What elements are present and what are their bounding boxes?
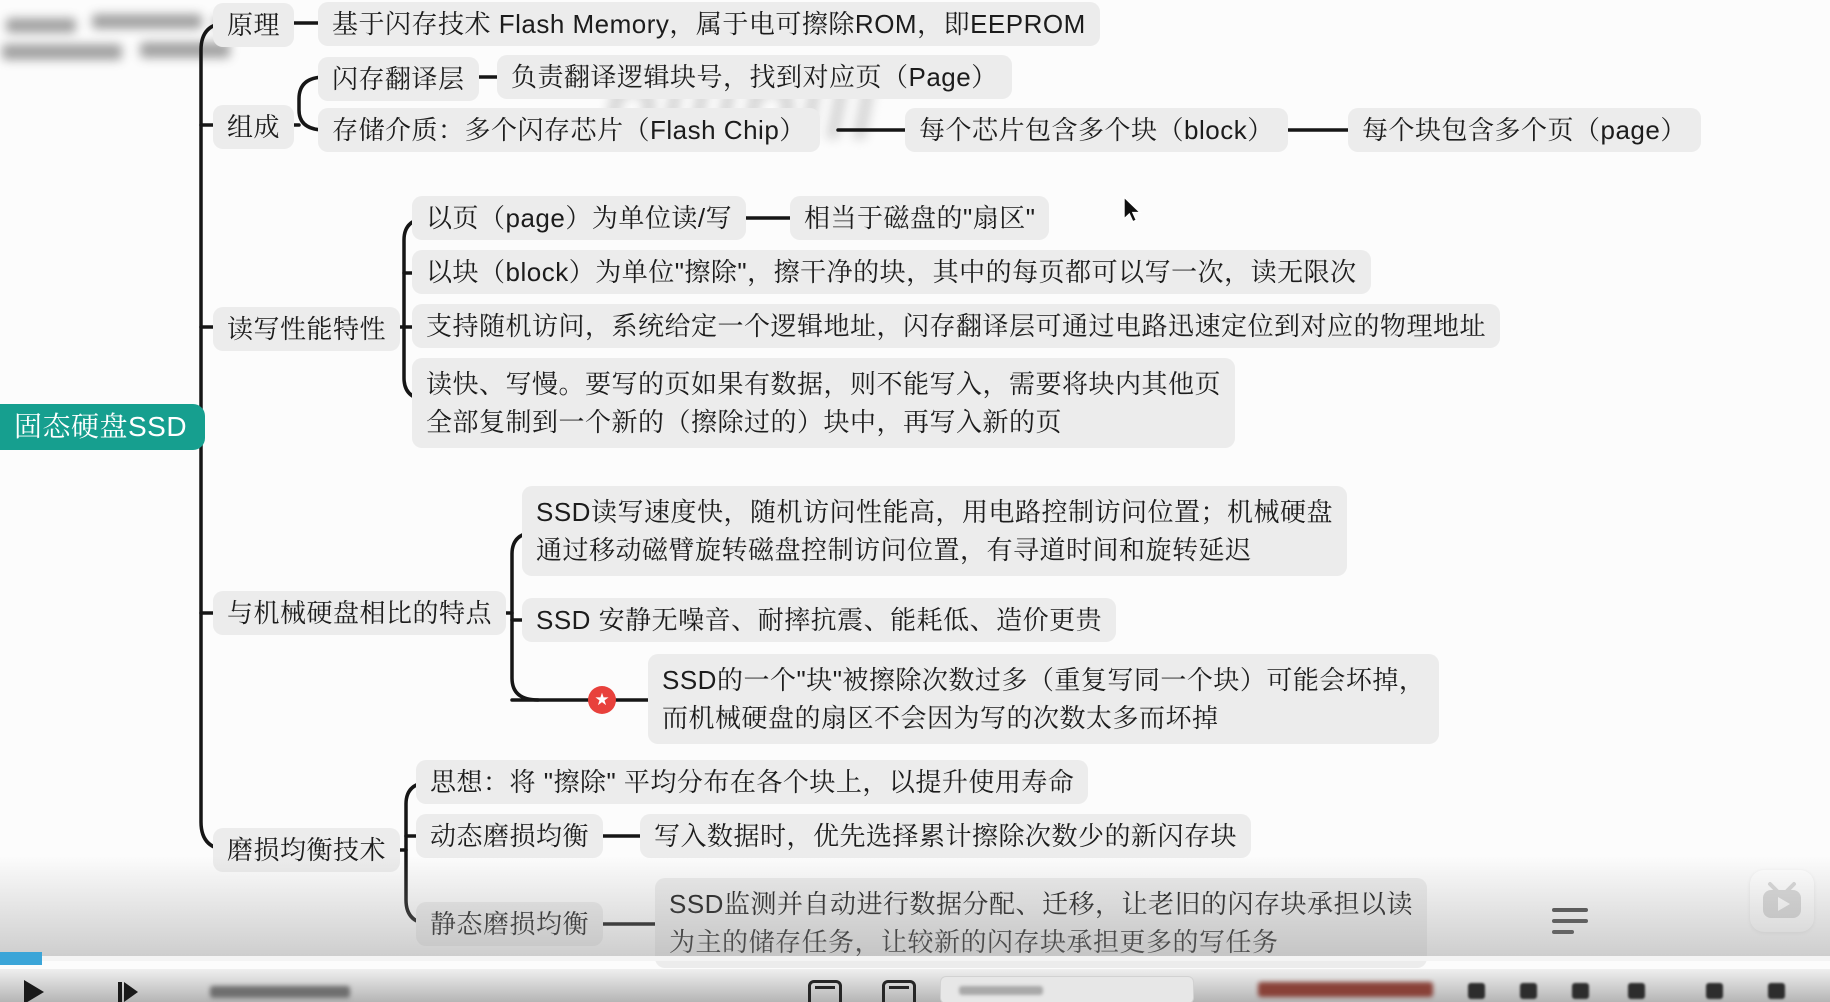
node-principle-desc: 基于闪存技术 Flash Memory，属于电可擦除ROM，即EEPROM — [318, 2, 1100, 46]
node-slow-write: 读快、写慢。要写的页如果有数据，则不能写入，需要将块内其他页 全部复制到一个新的… — [412, 358, 1235, 448]
node-wl-dynamic-desc: 写入数据时，优先选择累计擦除次数少的新闪存块 — [640, 814, 1251, 858]
node-ftl-desc: 负责翻译逻辑块号，找到对应页（Page） — [497, 55, 1012, 99]
node-medium: 存储介质：多个闪存芯片（Flash Chip） — [318, 108, 820, 152]
node-root-ssd: 固态硬盘SSD — [0, 404, 205, 450]
mouse-cursor — [1122, 196, 1144, 226]
node-principle: 原理 — [213, 3, 294, 47]
player-fullscreen-icon[interactable] — [1768, 983, 1785, 999]
node-vs-wear: SSD的一个"块"被擦除次数过多（重复写同一个块）可能会坏掉， 而机械硬盘的扇区… — [648, 654, 1439, 744]
node-wl-idea: 思想：将 "擦除" 平均分布在各个块上，以提升使用寿命 — [416, 760, 1088, 804]
node-composition: 组成 — [213, 105, 294, 149]
danmaku-toggle-icon[interactable] — [808, 980, 842, 1002]
node-wl-static: 静态磨损均衡 — [416, 902, 603, 946]
progress-played[interactable] — [0, 952, 42, 965]
player-wide-icon[interactable] — [1628, 983, 1645, 999]
quality-selector[interactable] — [1258, 982, 1433, 997]
time-display — [210, 986, 350, 998]
node-block-pages: 每个块包含多个页（page） — [1348, 108, 1701, 152]
node-wl-static-desc: SSD监测并自动进行数据分配、迁移，让老旧的闪存块承担以读 为主的储存任务，让较… — [655, 878, 1427, 968]
outline-icon[interactable] — [1552, 908, 1588, 941]
progress-track[interactable] — [0, 956, 1830, 961]
node-chip-blocks: 每个芯片包含多个块（block） — [905, 108, 1288, 152]
node-ftl: 闪存翻译层 — [318, 57, 479, 101]
player-setting-icon[interactable] — [1572, 983, 1589, 999]
danmaku-settings-icon[interactable] — [882, 980, 916, 1002]
node-rw-traits: 读写性能特性 — [213, 307, 400, 351]
node-wl-dynamic: 动态磨损均衡 — [416, 814, 603, 858]
node-random-access: 支持随机访问，系统给定一个逻辑地址，闪存翻译层可通过电路迅速定位到对应的物理地址 — [412, 304, 1500, 348]
danmaku-input[interactable] — [940, 976, 1194, 1002]
star-badge-icon: ★ — [588, 686, 616, 714]
player-setting-icon[interactable] — [1468, 983, 1485, 999]
danmaku-placeholder — [959, 986, 1043, 995]
player-setting-icon[interactable] — [1520, 983, 1537, 999]
node-sector-analogy: 相当于磁盘的"扇区" — [790, 196, 1049, 240]
bilibili-tv-logo — [1750, 870, 1814, 932]
node-block-erase: 以块（block）为单位"擦除"，擦干净的块，其中的每页都可以写一次，读无限次 — [412, 250, 1371, 294]
play-button[interactable] — [24, 980, 44, 1002]
node-vs-quiet: SSD 安静无噪音、耐摔抗震、能耗低、造价更贵 — [522, 598, 1116, 642]
node-page-unit: 以页（page）为单位读/写 — [412, 196, 746, 240]
node-wear-leveling: 磨损均衡技术 — [213, 828, 400, 872]
video-frame: bilibili 固态硬盘SSD 原理 组 — [0, 0, 1830, 1002]
next-button[interactable] — [118, 982, 140, 1002]
node-vs-speed: SSD读写速度快，随机访问性能高，用电路控制访问位置；机械硬盘 通过移动磁臂旋转… — [522, 486, 1347, 576]
player-webfull-icon[interactable] — [1706, 983, 1723, 999]
node-vs-hdd: 与机械硬盘相比的特点 — [213, 591, 506, 635]
